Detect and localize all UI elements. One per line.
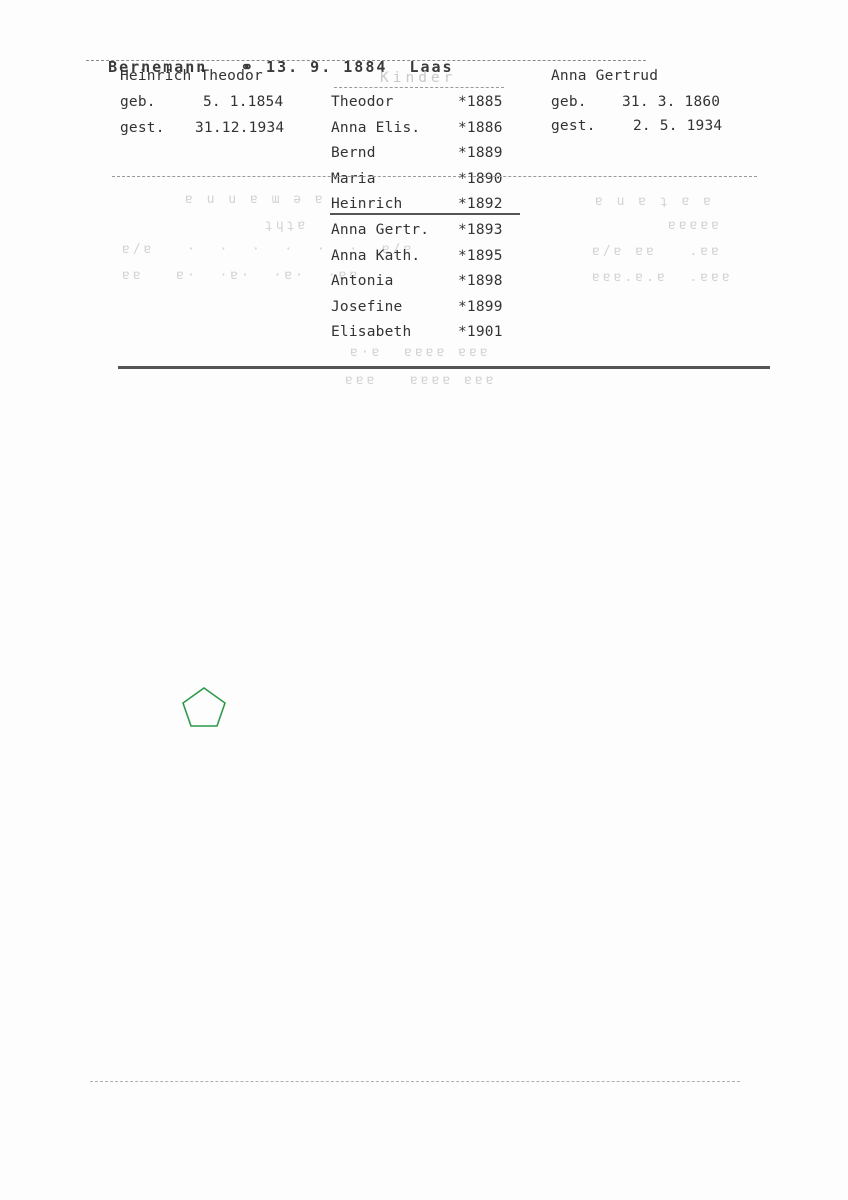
child-birth-year: *1886 xyxy=(458,120,503,136)
bleed-through-left-4: ɐɐ ɐ· ·ɐ· ·ɐ· ·ɐɐ xyxy=(122,268,360,283)
child-name: Theodor xyxy=(331,94,394,110)
child-birth-year: *1899 xyxy=(458,299,503,315)
children-heading: Kinder xyxy=(380,70,456,86)
wife-born-label: geb. xyxy=(551,94,587,110)
header-divider xyxy=(86,60,646,61)
child-name: Anna Gertr. xyxy=(331,222,429,238)
bleed-through-bottom-2: ɐɐɐ ɐɐɐɐ ɐɐɐ xyxy=(345,373,497,388)
husband-born-date: 5. 1.1854 xyxy=(203,94,283,110)
bleed-through-right-3: ɐ/ɐ ɐɐ .ɐɐ xyxy=(592,244,722,259)
child-name: Bernd xyxy=(331,145,376,161)
wife-died-date: 2. 5. 1934 xyxy=(633,118,722,134)
child-name: Maria xyxy=(331,171,376,187)
child-birth-year: *1890 xyxy=(458,171,503,187)
child-name: Anna Kath. xyxy=(331,248,420,264)
husband-died-date: 31.12.1934 xyxy=(195,120,284,136)
child-birth-year: *1893 xyxy=(458,222,503,238)
bleed-through-bottom-1: ɐ·ɐ ɐɐɐɐ ɐɐɐ xyxy=(350,345,491,360)
child-name: Elisabeth xyxy=(331,324,411,340)
child-name: Heinrich xyxy=(331,196,402,212)
wife-name: Anna Gertrud xyxy=(551,68,658,84)
child-birth-year: *1898 xyxy=(458,273,503,289)
child-name: Josefine xyxy=(331,299,402,315)
heinrich-underline xyxy=(330,213,520,215)
child-birth-year: *1889 xyxy=(458,145,503,161)
wife-died-label: gest. xyxy=(551,118,596,134)
child-birth-year: *1901 xyxy=(458,324,503,340)
wife-born-date: 31. 3. 1860 xyxy=(622,94,720,110)
husband-born-label: geb. xyxy=(120,94,156,110)
husband-died-label: gest. xyxy=(120,120,165,136)
bottom-divider xyxy=(118,366,770,369)
husband-name: Heinrich Theodor xyxy=(120,68,263,84)
bleed-through-left-1: ɐ u u ɐ ɯ ǝ ɐ xyxy=(185,192,326,207)
child-name: Antonia xyxy=(331,273,394,289)
pentagon-icon xyxy=(180,686,228,728)
bleed-through-right-2: ɐɐɐɐɐ xyxy=(668,218,722,233)
child-birth-year: *1892 xyxy=(458,196,503,212)
bleed-through-left-2: ʇɥʇɐ xyxy=(265,218,308,233)
bleed-through-right-4: ɐɐɐ.ɐ.ɐ .ɐɐɐ xyxy=(592,270,733,285)
child-birth-year: *1895 xyxy=(458,248,503,264)
footer-divider xyxy=(90,1081,740,1082)
child-birth-year: *1885 xyxy=(458,94,503,110)
children-heading-rule xyxy=(334,87,504,88)
bleed-through-right-1: ɐ u ɐ ʇ ɐ ɐ xyxy=(595,194,714,209)
child-name: Anna Elis. xyxy=(331,120,420,136)
middle-divider xyxy=(112,176,757,177)
